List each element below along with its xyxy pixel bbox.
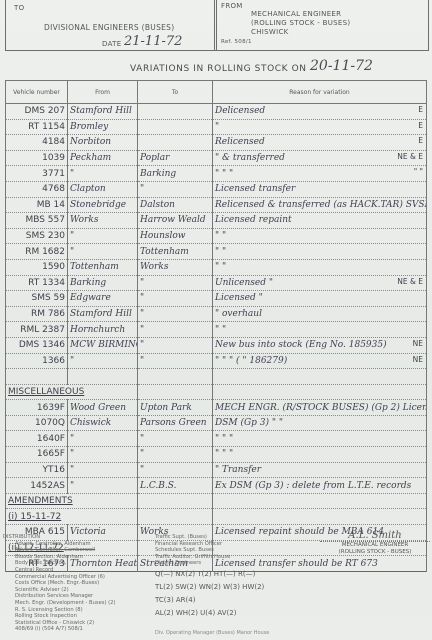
signature-title-2: (ROLLING STOCK - BUSES) [320,549,430,556]
vehicle-number: 4184 [6,135,68,151]
from-garage: " [68,228,138,244]
date-label: DATE [102,40,121,48]
table-row: RT 1334Barking"Unlicensed "NE & E [6,275,427,291]
reason-cell: DSM (Gp 3) " " [213,415,427,431]
reason-text: Licensed repaint [215,215,292,225]
from-garage: Barking [68,275,138,291]
table-row: SMS 230"Hounslow" " [6,228,427,244]
reason-text: " overhaul [215,309,262,319]
to-garage [138,104,213,120]
from-box: FROM MECHANICAL ENGINEER (ROLLING STOCK … [214,0,429,51]
reason-cell: Ex DSM (Gp 3) : delete from L.T.E. recor… [213,478,427,494]
col-from: From [68,81,138,104]
distribution-item: Distribution Services Manager [9,593,153,600]
distribution-item: Body Spec. Section, [9,560,153,567]
col-vehicle: Vehicle number [6,81,68,104]
title-prefix: VARIATIONS IN ROLLING STOCK ON [130,64,307,74]
to-garage: Dalston [138,197,213,213]
reason-text: " & transferred [215,153,285,163]
empty-cell [213,509,427,525]
vehicle-number: DMS 207 [6,104,68,120]
table-row: YT16""" Transfer [6,462,427,478]
vehicle-number: 1639F [6,400,68,416]
reason-cell: " " "" " [213,166,427,182]
to-garage: " [138,431,213,447]
variation-code: NE & E [397,152,423,161]
distribution-item: Schedules Supt. Buses [155,547,305,554]
variation-code: NE & E [397,277,423,286]
distribution-item: Traffic Supt. (Buses) [155,534,305,541]
distribution-item: Costs Office (Mech. Engr.-Buses) [9,580,153,587]
reason-cell: MECH ENGR. (R/STOCK BUSES) (Gp 2) Licens… [213,400,427,416]
from-garage: " [68,431,138,447]
distribution-footer: Div. Operating Manager (Buses) Manor Hou… [155,630,269,636]
from-garage: Norbiton [68,135,138,151]
from-garage [68,369,138,385]
distribution-item: Advert. Controller, Camberwell [9,547,153,554]
from-line-2: (ROLLING STOCK - BUSES) [251,19,350,27]
from-garage: Peckham [68,150,138,166]
vehicle-number: 1070Q [6,415,68,431]
from-garage: " [68,166,138,182]
empty-cell [138,493,213,509]
to-garage: " [138,322,213,338]
to-garage: " [138,353,213,369]
signature: A.L. Smith [320,530,430,542]
from-garage: MCW BIRMINGHAM [68,337,138,353]
table-row: DMS 1346MCW BIRMINGHAM"New bus into stoc… [6,337,427,353]
reason-text: " [215,122,219,132]
reason-text: Unlicensed " [215,278,273,288]
to-garage: Harrow Weald [138,213,213,229]
empty-cell [138,384,213,400]
from-garage: Stamford Hill [68,104,138,120]
to-garage: Barking [138,166,213,182]
reason-text: " " [215,262,226,272]
reason-text: " " [215,231,226,241]
reason-cell: New bus into stock (Eng No. 185935)NE [213,337,427,353]
vehicle-number: 1640F [6,431,68,447]
table-row [6,369,427,385]
from-garage: Works [68,213,138,229]
signature-block: A.L. Smith MECHANICAL ENGINEER (ROLLING … [320,530,430,556]
vehicle-number: RM 1682 [6,244,68,260]
reason-text: Relicensed & transferred (as HACK.TAR) S… [215,200,427,210]
empty-cell [138,509,213,525]
reason-text: DSM (Gp 3) " " [215,418,283,428]
to-garage: " [138,337,213,353]
reason-cell: Licensed transfer [213,181,427,197]
reason-cell: Licensed " [213,291,427,307]
variation-code: NE [413,355,423,364]
vehicle-number: RM 786 [6,306,68,322]
section-label: AMENDMENTS [6,493,138,509]
from-garage: Chiswick [68,415,138,431]
distribution-list: DISTRIBUTION Advert. Controller, Aldenha… [3,534,153,633]
vehicle-number: 3771 [6,166,68,182]
to-garage: Parsons Green [138,415,213,431]
reason-text: MECH ENGR. (R/STOCK BUSES) (Gp 2) Licens… [215,403,427,413]
table-row: 4184NorbitonRelicensedE [6,135,427,151]
table-row: DMS 207Stamford HillDelicensedE [6,104,427,120]
to-garage: L.C.B.S. [138,478,213,494]
vehicle-number: 1590 [6,259,68,275]
distribution-item: Rolling Stock Inspection [9,613,153,620]
reason-cell: RelicensedE [213,135,427,151]
variations-table: Vehicle number From To Reason for variat… [5,80,427,572]
table-row: 1639FWood GreenUpton ParkMECH ENGR. (R/S… [6,400,427,416]
reason-text: Relicensed [215,137,265,147]
section-label: (i) 15-11-72 [6,509,138,525]
distribution-item: Mech. Engr. (Development - Buses) (2) [9,600,153,607]
reason-cell: " " " ( " 186279)NE [213,353,427,369]
garage-count-line: AL(2) WH(2) U(4) AV(2) [155,607,264,620]
reason-cell: " " [213,228,427,244]
vehicle-number: MBS 557 [6,213,68,229]
garage-count-line: TC(3) AR(4) [155,594,264,607]
from-line-1: MECHANICAL ENGINEER [251,10,341,18]
date-value: 21-11-72 [124,34,182,49]
vehicle-number: RT 1154 [6,119,68,135]
to-garage: " [138,462,213,478]
to-box: TO DIVISIONAL ENGINEERS (BUSES) DATE 21-… [5,0,217,51]
table-row: 1039PeckhamPoplar" & transferredNE & E [6,150,427,166]
garage-count-line: Q(—) NX(2) T(2) HT(—) R(—) [155,568,264,581]
table-row: 1366""" " " ( " 186279)NE [6,353,427,369]
section-row: AMENDMENTS [6,493,427,509]
from-garage: " [68,447,138,463]
garage-counts: Q(—) NX(2) T(2) HT(—) R(—)TL(2) SW(2) WN… [155,568,264,620]
distribution-item: District Engineers [155,560,305,567]
from-garage: Tottenham [68,259,138,275]
reason-cell: Unlicensed "NE & E [213,275,427,291]
reason-cell: " " [213,244,427,260]
vehicle-number [6,369,68,385]
signature-title-1: MECHANICAL ENGINEER [320,542,430,549]
table-row: 1590TottenhamWorks" " [6,259,427,275]
table-row: MB 14StonebridgeDalstonRelicensed & tran… [6,197,427,213]
to-garage: " [138,447,213,463]
reason-cell: " & transferredNE & E [213,150,427,166]
from-garage: " [68,244,138,260]
reason-cell: Licensed repaint [213,213,427,229]
vehicle-number: YT16 [6,462,68,478]
reason-cell: Relicensed & transferred (as HACK.TAR) S… [213,197,427,213]
page-title: VARIATIONS IN ROLLING STOCK ON 20-11-72 [0,58,432,78]
col-to: To [138,81,213,104]
from-garage: Edgware [68,291,138,307]
distribution-item: Central Record [9,567,153,574]
vehicle-number: DMS 1346 [6,337,68,353]
to-garage: Upton Park [138,400,213,416]
vehicle-number: RT 1334 [6,275,68,291]
from-garage: Stonebridge [68,197,138,213]
variation-code: NE [413,339,423,348]
table-row: MBS 557WorksHarrow WealdLicensed repaint [6,213,427,229]
reason-text: " " " [215,449,233,459]
reason-text: Licensed " [215,293,263,303]
section-row: MISCELLANEOUS [6,384,427,400]
reason-text: Ex DSM (Gp 3) : delete from L.T.E. recor… [215,481,411,491]
from-garage: " [68,478,138,494]
vehicle-number: 4768 [6,181,68,197]
reason-cell: " overhaul [213,306,427,322]
reason-text: " Transfer [215,465,261,475]
variation-code: " " [414,167,423,176]
from-garage: Hornchurch [68,322,138,338]
to-garage: Tottenham [138,244,213,260]
to-label: TO [14,4,24,12]
table-row: 1070QChiswickParsons GreenDSM (Gp 3) " " [6,415,427,431]
section-label: MISCELLANEOUS [6,384,138,400]
table-row: 1452AS"L.C.B.S.Ex DSM (Gp 3) : delete fr… [6,478,427,494]
title-date: 20-11-72 [310,58,373,74]
distribution-heading: DISTRIBUTION [3,534,153,541]
vehicle-number: MB 14 [6,197,68,213]
from-label: FROM [221,2,243,10]
reason-text: " " " ( " 186279) [215,356,287,366]
to-garage: Poplar [138,150,213,166]
empty-cell [213,493,427,509]
to-garage [138,135,213,151]
reason-cell: " Transfer [213,462,427,478]
distribution-list-right: Traffic Supt. (Buses)Financial Research … [155,534,305,567]
to-garage [138,119,213,135]
empty-cell [213,384,427,400]
distribution-item: 408/69 (i) (504 A/7) 508/1 [9,626,153,633]
reference: Ref. 508/1 [221,39,252,45]
to-garage: " [138,275,213,291]
reason-text: " " " [215,169,233,179]
distribution-item: Statistical Office - Chiswick (2) [9,620,153,627]
distribution-item: Bloods Section, Aldenham [9,554,153,561]
reason-cell: DelicensedE [213,104,427,120]
reason-cell: " " [213,259,427,275]
from-garage: Bromley [68,119,138,135]
reason-text: Delicensed [215,106,265,116]
vehicle-number: 1039 [6,150,68,166]
vehicle-number: 1366 [6,353,68,369]
distribution-item: R. S. Licensing Section (8) [9,607,153,614]
distribution-item: Traffic Auditor, Griffith House [155,554,305,561]
table-row: 4768Clapton"Licensed transfer [6,181,427,197]
vehicle-number: 1452AS [6,478,68,494]
to-garage: " [138,181,213,197]
form-sheet: TO DIVISIONAL ENGINEERS (BUSES) DATE 21-… [0,0,432,640]
garage-count-line: TL(2) SW(2) WN(2) W(3) HW(2) [155,581,264,594]
table-header: Vehicle number From To Reason for variat… [6,81,427,104]
reason-cell: " " " [213,447,427,463]
reason-text: " " [215,247,226,257]
distribution-item: Commercial Advertising Officer (6) [9,574,153,581]
to-garage: Works [138,259,213,275]
table-row: RT 1154Bromley"E [6,119,427,135]
vehicle-number: SMS 59 [6,291,68,307]
table-row: 3771"Barking" " "" " [6,166,427,182]
table-row: 1665F""" " " [6,447,427,463]
reason-text: New bus into stock (Eng No. 185935) [215,340,387,350]
to-garage [138,369,213,385]
vehicle-number: 1665F [6,447,68,463]
table-row: RML 2387Hornchurch"" " [6,322,427,338]
table-row: RM 786Stamford Hill"" overhaul [6,306,427,322]
to-garage: " [138,291,213,307]
reason-cell: " " [213,322,427,338]
from-garage: Wood Green [68,400,138,416]
variation-code: E [418,136,423,145]
variation-code: E [418,105,423,114]
section-row: (i) 15-11-72 [6,509,427,525]
reason-text: " " " [215,434,233,444]
reason-cell: " " " [213,431,427,447]
reason-cell [213,369,427,385]
vehicle-number: RML 2387 [6,322,68,338]
distribution-item: Advert. Controller, Aldenham [9,541,153,548]
from-garage: Stamford Hill [68,306,138,322]
table-row: RM 1682"Tottenham" " [6,244,427,260]
from-garage: Clapton [68,181,138,197]
reason-text: Licensed transfer [215,184,295,194]
vehicle-number: SMS 230 [6,228,68,244]
to-garage: " [138,306,213,322]
to-recipient: DIVISIONAL ENGINEERS (BUSES) [44,23,174,32]
from-line-3: CHISWICK [251,28,289,36]
from-garage: " [68,353,138,369]
from-garage: " [68,462,138,478]
to-garage: Hounslow [138,228,213,244]
reason-cell: "E [213,119,427,135]
distribution-item: Scientific Adviser (2) [9,587,153,594]
variation-code: E [418,121,423,130]
table-row: SMS 59Edgware"Licensed " [6,291,427,307]
distribution-item: Financial Research Officer [155,541,305,548]
col-reason: Reason for variation [213,81,427,104]
reason-text: " " [215,325,226,335]
table-row: 1640F""" " " [6,431,427,447]
